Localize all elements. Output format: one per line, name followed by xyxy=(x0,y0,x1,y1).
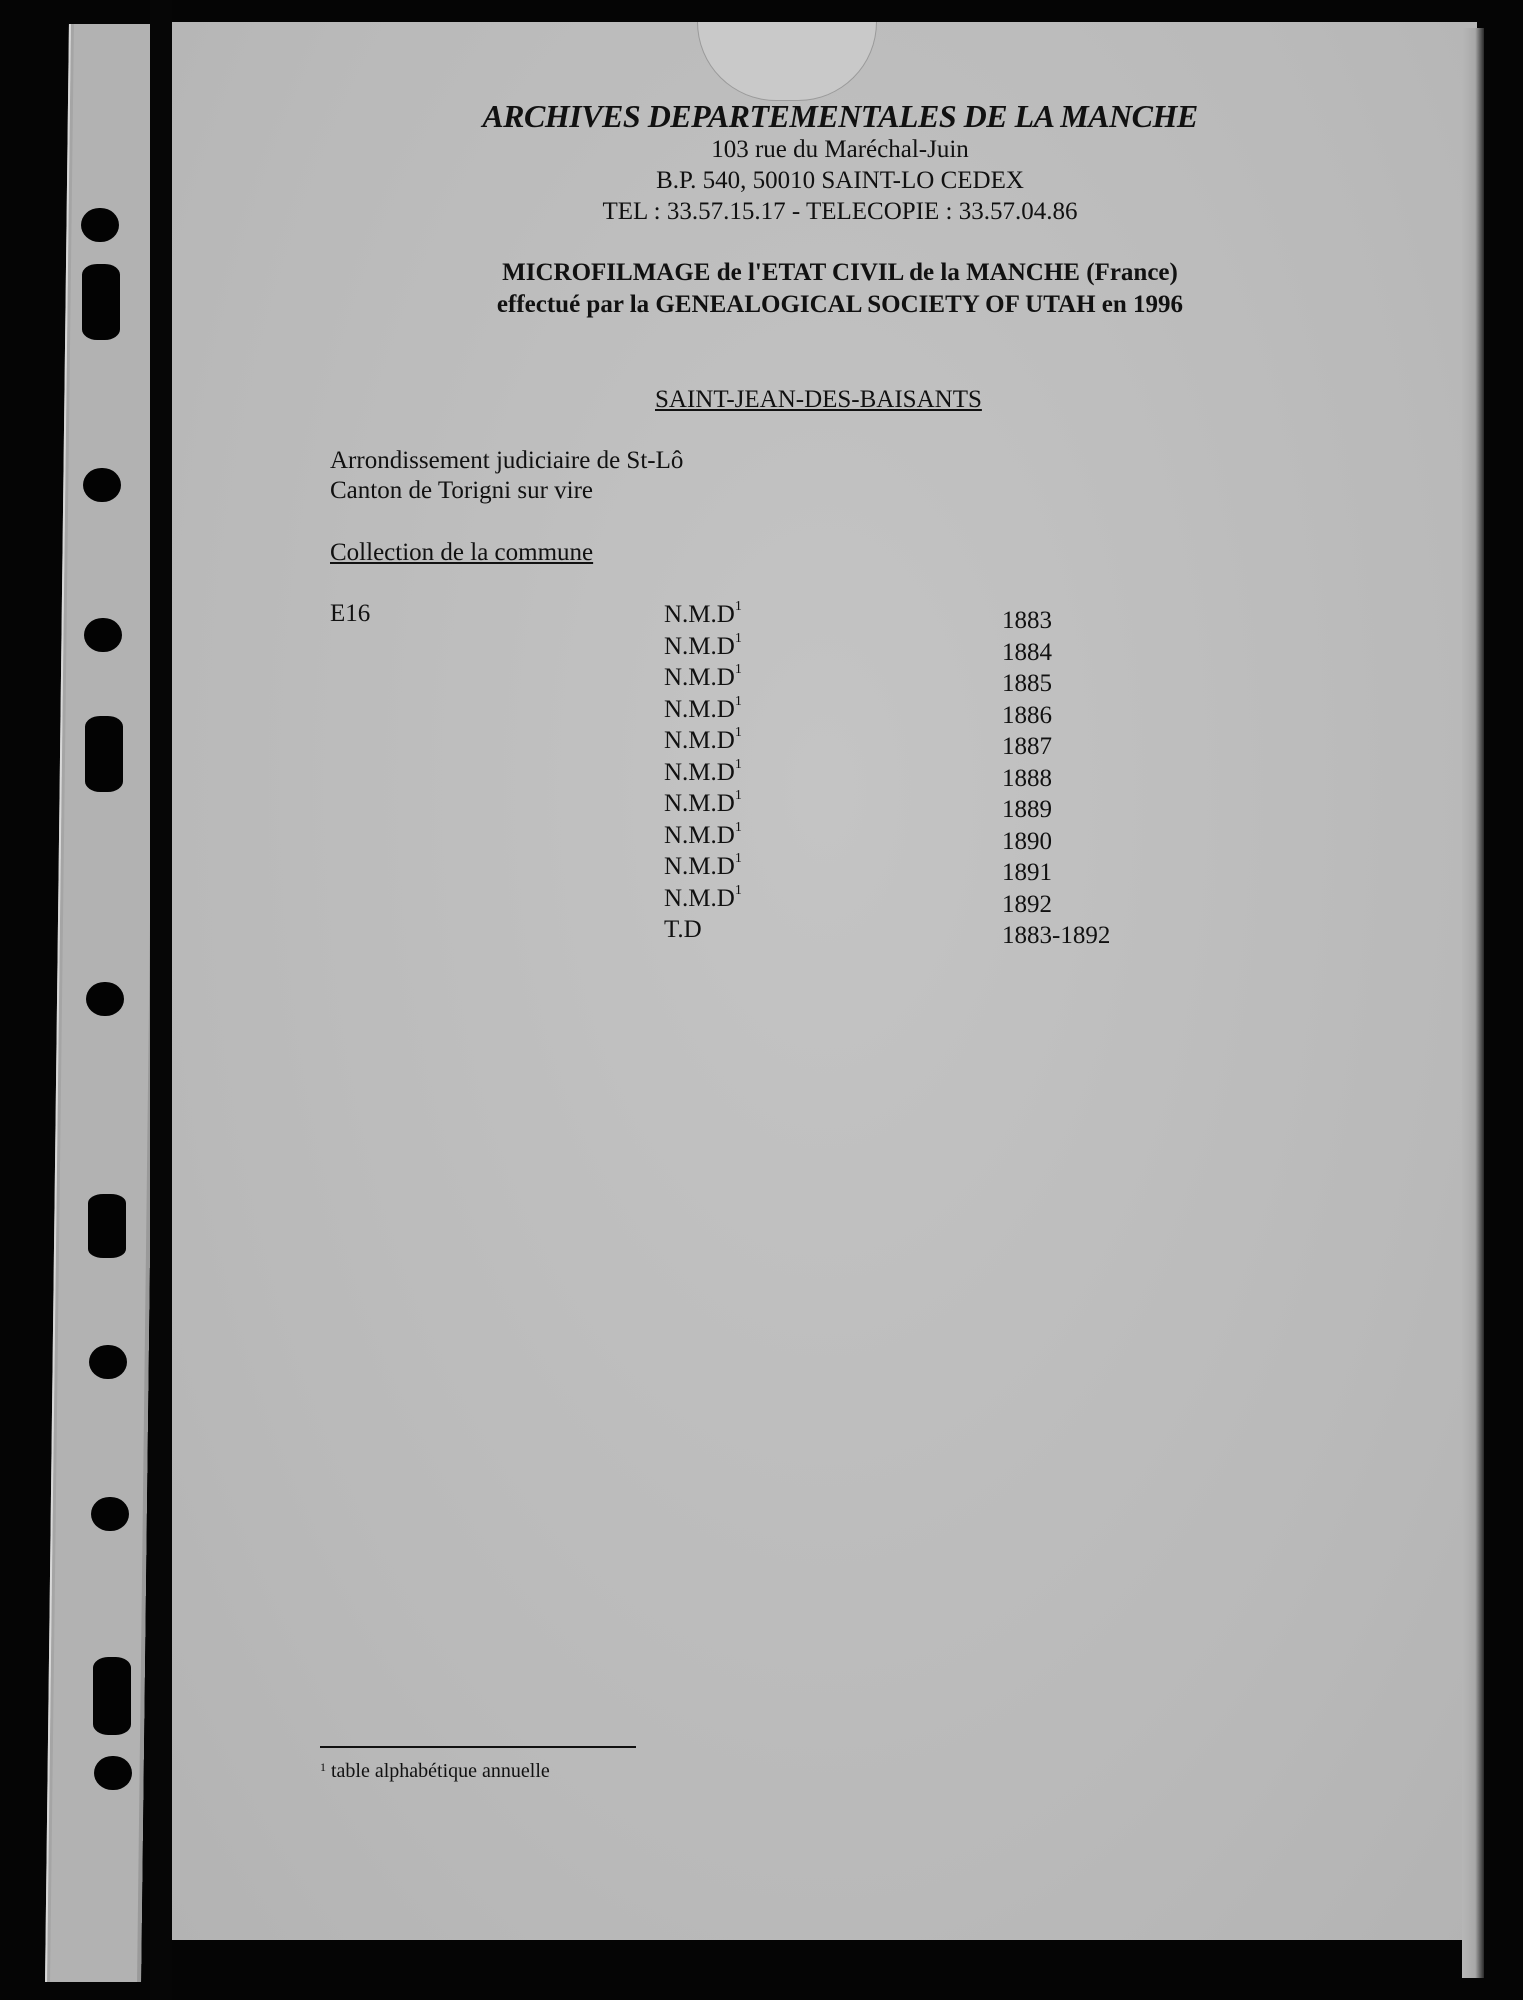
binder-slot-icon xyxy=(82,264,120,340)
arrondissement: Arrondissement judiciaire de St-Lô xyxy=(330,446,683,476)
record-type: N.M.D xyxy=(664,601,735,628)
footnote-ref: 1 xyxy=(735,662,742,677)
record-type: N.M.D xyxy=(664,727,735,754)
canton: Canton de Torigni sur vire xyxy=(330,476,683,506)
footnote-ref: 1 xyxy=(735,599,742,614)
record-year: 1889 xyxy=(1002,796,1052,824)
page-sleeve-edge xyxy=(1462,28,1484,1978)
address-phone: TEL : 33.57.15.17 - TELECOPIE : 33.57.04… xyxy=(440,196,1240,227)
footnote-ref: 1 xyxy=(735,694,742,709)
footnote-ref: 1 xyxy=(735,631,742,646)
address-postal: B.P. 540, 50010 SAINT-LO CEDEX xyxy=(440,165,1240,196)
footnote-ref: 1 xyxy=(735,725,742,740)
record-type: N.M.D xyxy=(664,822,735,849)
footnote-ref: 1 xyxy=(735,788,742,803)
footnote-ref: 1 xyxy=(735,851,742,866)
address-street: 103 rue du Maréchal-Juin xyxy=(440,134,1240,165)
binder-hole-icon xyxy=(84,618,122,652)
record-year: 1883 xyxy=(1002,607,1052,635)
binder-slot-icon xyxy=(85,716,123,792)
binder-hole-icon xyxy=(83,468,121,502)
record-year: 1883-1892 xyxy=(1002,922,1110,950)
record-type: T.D xyxy=(664,916,702,943)
record-year: 1891 xyxy=(1002,859,1052,887)
record-year: 1890 xyxy=(1002,828,1052,856)
binder-hole-icon xyxy=(89,1345,127,1379)
collection-cote: E16 xyxy=(330,600,370,628)
record-year: 1886 xyxy=(1002,702,1052,730)
administrative-info: Arrondissement judiciaire de St-Lô Canto… xyxy=(330,446,683,506)
record-year: 1887 xyxy=(1002,733,1052,761)
footnote-ref: 1 xyxy=(735,883,742,898)
org-title: ARCHIVES DEPARTEMENTALES DE LA MANCHE xyxy=(440,98,1240,134)
binder-slot-icon xyxy=(93,1657,131,1735)
binder-slot-icon xyxy=(88,1194,126,1258)
record-type: N.M.D xyxy=(664,853,735,880)
collection-heading: Collection de la commune xyxy=(330,539,593,567)
record-year: 1888 xyxy=(1002,765,1052,793)
footnote-ref: 1 xyxy=(735,757,742,772)
binder-hole-icon xyxy=(94,1756,132,1790)
record-type: N.M.D xyxy=(664,633,735,660)
record-type: N.M.D xyxy=(664,790,735,817)
microfilm-line-2: effectué par la GENEALOGICAL SOCIETY OF … xyxy=(440,289,1240,321)
footnote-text: table alphabétique annuelle xyxy=(331,1760,550,1782)
microfilm-line-1: MICROFILMAGE de l'ETAT CIVIL de la MANCH… xyxy=(440,257,1240,289)
footnote-divider xyxy=(320,1746,636,1748)
footnote-ref: 1 xyxy=(735,820,742,835)
commune-title: SAINT-JEAN-DES-BAISANTS xyxy=(655,386,982,414)
record-type: N.M.D xyxy=(664,664,735,691)
microfilm-notice: MICROFILMAGE de l'ETAT CIVIL de la MANCH… xyxy=(440,257,1240,321)
archives-header: ARCHIVES DEPARTEMENTALES DE LA MANCHE 10… xyxy=(440,98,1240,227)
record-year: 1884 xyxy=(1002,639,1052,667)
footnote: 1 table alphabétique annuelle xyxy=(320,1760,550,1783)
footnote-marker: 1 xyxy=(320,1760,326,1774)
record-type: N.M.D xyxy=(664,885,735,912)
binder-gap xyxy=(150,0,172,2000)
record-year: 1885 xyxy=(1002,670,1052,698)
binder-hole-icon xyxy=(86,982,124,1016)
record-year: 1892 xyxy=(1002,891,1052,919)
binder-hole-icon xyxy=(91,1497,129,1531)
record-type: N.M.D xyxy=(664,759,735,786)
binder-hole-icon xyxy=(81,208,119,242)
record-type: N.M.D xyxy=(664,696,735,723)
